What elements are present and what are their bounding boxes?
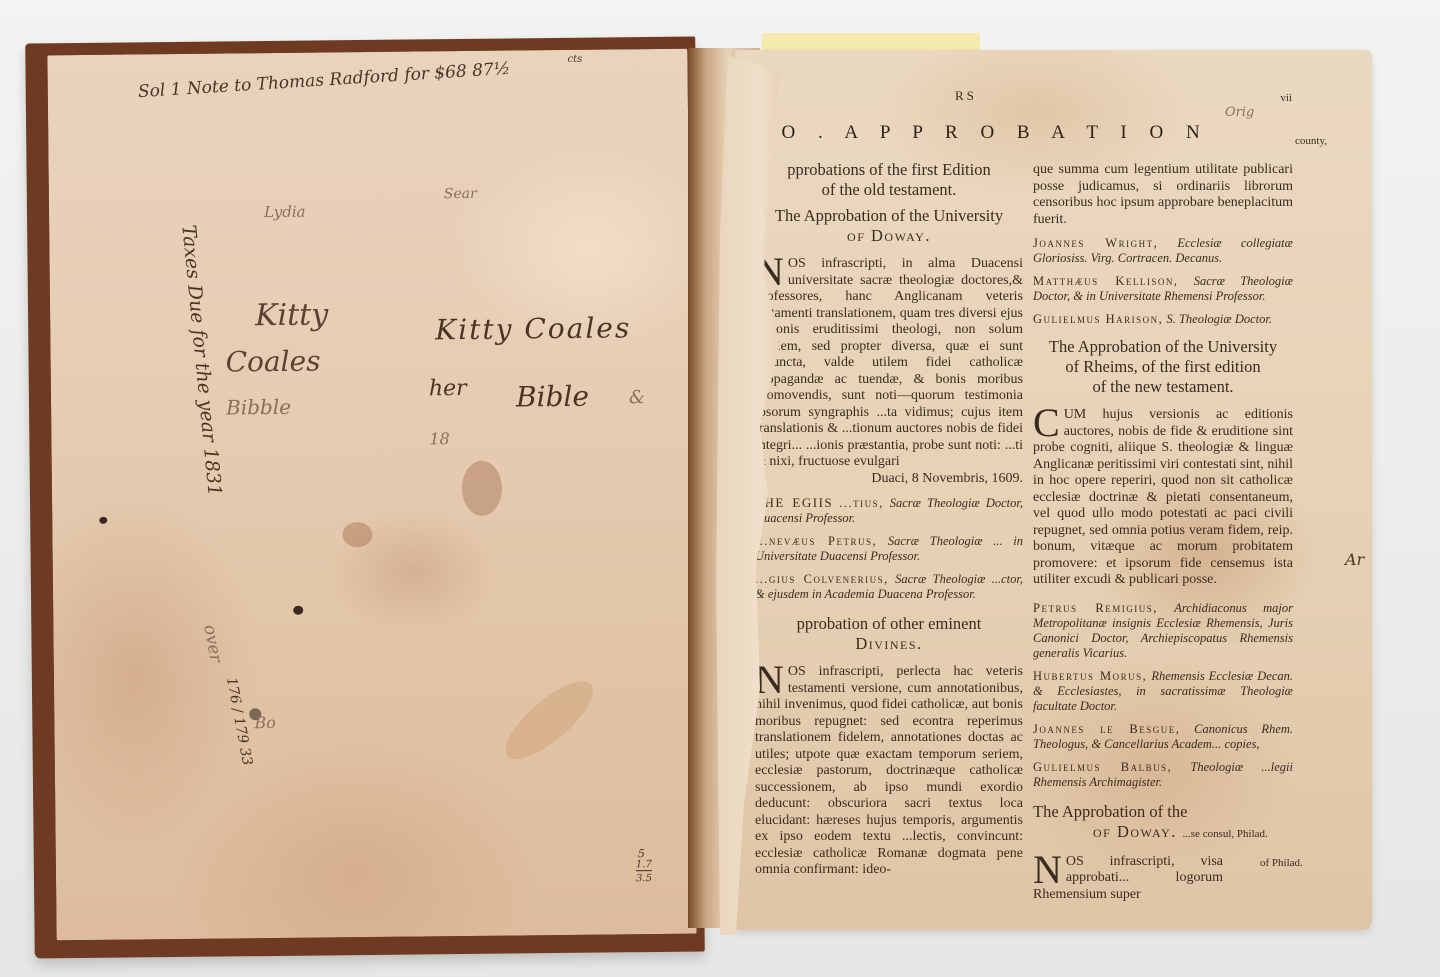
faint-bottom-mark: Bo xyxy=(254,713,276,732)
inscription-her: her xyxy=(429,376,467,401)
signatory-name: Matthæus Kellison, xyxy=(1033,274,1179,288)
inscription-bibble-left: Bibble xyxy=(226,395,291,420)
signatory-name: ...nevæus Petrus, xyxy=(755,534,877,548)
paragraph-other-divines: NOS infrascripti, perlecta hac veteris t… xyxy=(755,664,1023,879)
right-column: que summa cum legentium utilitate public… xyxy=(1033,162,1293,903)
drop-cap: C xyxy=(1033,407,1060,439)
paragraph-rheims: CUM hujus versionis ac editionis auctore… xyxy=(1033,407,1293,589)
signatory-name: Joannes Wright, xyxy=(1033,236,1158,250)
vertical-note-over: over xyxy=(199,623,226,664)
signatory-name: ...gius Colvenerius, xyxy=(755,572,889,586)
left-column: pprobations of the first Edition of the … xyxy=(755,160,1023,879)
paper-scrap-stain xyxy=(495,669,605,771)
page-number: vii xyxy=(1280,92,1292,104)
heading-rheims-1: The Approbation of the University xyxy=(1033,337,1293,357)
header-right-fragment: county, xyxy=(1295,135,1327,147)
heading-doway-2: of Doway. xyxy=(755,226,1023,246)
pencil-fraction-mid: 1.7 xyxy=(636,859,652,871)
inscription-kitty-coales-right: Kitty Coales xyxy=(435,311,631,346)
heading-rheims-3: of the new testament. xyxy=(1033,377,1293,397)
inscription-kitty-left: Kitty xyxy=(255,297,328,333)
water-stain xyxy=(462,461,503,516)
pencil-fraction-bottom: 3.5 xyxy=(636,873,652,884)
signatory-name: Petrus Remigius, xyxy=(1033,601,1158,615)
heading-doway-1: The Approbation of the University xyxy=(755,206,1023,226)
inscription-ampersand: & xyxy=(629,387,645,408)
heading-other-divines-1: pprobation of other eminent xyxy=(755,614,1023,634)
inscription-lydia: Lydia xyxy=(264,203,306,221)
water-stain xyxy=(342,522,372,547)
signatory-name: Joannes le Besgue, xyxy=(1033,722,1180,736)
ink-blot xyxy=(293,606,303,615)
top-inscription-superscript: cts xyxy=(567,54,582,65)
inside-cover-pastedown: Sol 1 Note to Thomas Radford for $68 87½… xyxy=(47,49,696,941)
margin-scribble: Ar xyxy=(1345,550,1364,569)
header-top-fragment: RS xyxy=(955,88,977,104)
heading-old-testament-2: of the old testament. xyxy=(755,180,1023,200)
paragraph-continuation: que summa cum legentium utilitate public… xyxy=(1033,162,1293,228)
vertical-tax-note: Taxes Due for the year 1831 xyxy=(177,224,225,497)
date-duaci: Duaci, 8 Novembris, 1609. xyxy=(755,471,1023,488)
vertical-numbers: 176 / 179 33 xyxy=(223,676,255,767)
consul-fragment: ...se consul, Philad. xyxy=(1183,828,1268,840)
inscription-sear: Sear xyxy=(444,186,477,202)
inscription-bible-right: Bible xyxy=(516,380,589,414)
approbations-page: vii Orig RS H O . A P P R O B A T I O N … xyxy=(735,50,1372,930)
heading-rheims-2: of Rheims, of the first edition xyxy=(1033,357,1293,377)
signatory-name: Gulielmus Balbus, xyxy=(1033,760,1172,774)
paragraph-doway: NOS infrascripti, in alma Duacensi unive… xyxy=(755,256,1023,471)
drop-cap: N xyxy=(1033,854,1062,886)
paragraph-doway-second: NOS infrascripti, visa approbati... logo… xyxy=(1033,854,1223,904)
heading-other-divines-2: Divines. xyxy=(755,634,1023,654)
signatory-name: Gulielmus Harison, xyxy=(1033,312,1163,326)
inscription-year-partial: 18 xyxy=(429,429,450,448)
inscription-coales-left: Coales xyxy=(225,345,320,379)
signatory-name: Hubertus Morus, xyxy=(1033,669,1147,683)
heading-doway-second-2: of Doway. ...se consul, Philad. xyxy=(1033,822,1293,844)
heading-doway-second-1: The Approbation of the xyxy=(1033,802,1293,822)
bottom-fragment-philad: of Philad. xyxy=(1260,857,1303,869)
margin-note-orig: Orig xyxy=(1225,105,1254,120)
heading-old-testament-1: pprobations of the first Edition xyxy=(755,160,1023,180)
ink-blot xyxy=(99,517,107,524)
top-inscription: Sol 1 Note to Thomas Radford for $68 87½ xyxy=(137,59,510,102)
